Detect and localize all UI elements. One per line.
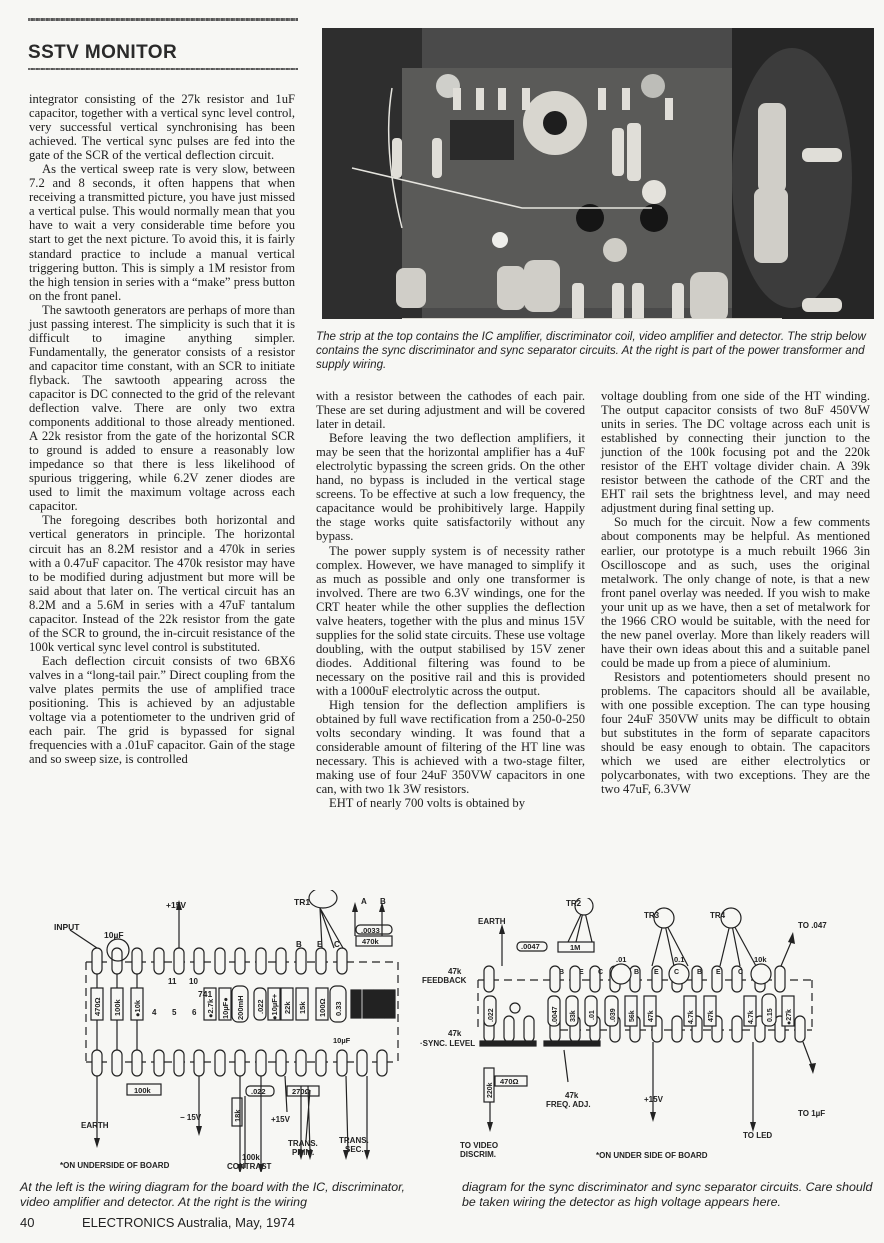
paragraph: The sawtooth generators are perhaps of m…: [29, 303, 295, 514]
label-v47k-b: 47k: [708, 1010, 715, 1022]
label-sync-value: 47k: [448, 1029, 462, 1038]
label-v27k: ●27k: [786, 1009, 793, 1025]
photo-image-icon: [322, 28, 874, 319]
label-plus15-top: +15V: [166, 900, 186, 910]
label-v56k: 56k: [629, 1010, 636, 1022]
circuit-board-photo: [322, 28, 874, 319]
article-column-2: with a resistor between the cathodes of …: [316, 389, 585, 810]
label-b1: B: [559, 969, 564, 976]
label-pin6: 6: [192, 1008, 197, 1017]
label-v4k7-b: 4.7k: [748, 1010, 755, 1024]
label-feedback-value: 47k: [448, 967, 462, 976]
label-pin10: 10: [189, 977, 198, 986]
label-c0-1: 0.1: [674, 955, 684, 964]
label-trans-prim-1: TRANS.: [288, 1139, 318, 1148]
label-r100: 100Ω: [318, 998, 327, 1017]
wiring-diagram-left: INPUT 10µF +15V TR1 A B B E C .0033 470k…: [30, 890, 430, 1172]
label-c10uf-c: 10µF: [333, 1036, 351, 1045]
wiring-diagram-right: EARTH TR2 TR3 TR4 TO .047 .0047 1M .01 0…: [420, 898, 884, 1168]
label-r22k: 22k: [283, 1001, 292, 1014]
label-b: B: [380, 897, 386, 906]
label-pin11: 11: [168, 977, 177, 986]
label-freq-value: 47k: [565, 1091, 579, 1100]
label-v0047: .0047: [552, 1006, 559, 1024]
label-trans-sec-2: SEC.: [345, 1145, 364, 1154]
paragraph: The power supply system is of necessity …: [316, 544, 585, 699]
label-b3: B: [697, 969, 702, 976]
header-rule-top: [28, 18, 298, 21]
label-c022-b: .022: [251, 1087, 266, 1096]
paragraph: EHT of nearly 700 volts is obtained by: [316, 796, 585, 810]
label-contrast: CONTRAST: [227, 1162, 272, 1171]
wiring-diagram-right-graphic: EARTH TR2 TR3 TR4 TO .047 .0047 1M .01 0…: [420, 898, 884, 1168]
label-minus15: − 15V: [180, 1113, 202, 1122]
label-e1: E: [579, 969, 584, 976]
article-column-1: integrator consisting of the 27k resisto…: [29, 92, 295, 766]
label-c3: C: [738, 969, 743, 976]
label-c10uf-b: ●10µF+: [270, 993, 279, 1020]
label-r470k: 470k: [362, 937, 380, 946]
label-r470: 470Ω: [93, 997, 102, 1016]
header-rule-bottom: [28, 68, 298, 70]
label-a: A: [361, 897, 367, 906]
label-c033: 0.33: [334, 1001, 343, 1016]
label-v47k-a: 47k: [648, 1010, 655, 1022]
label-underside-note: *ON UNDERSIDE OF BOARD: [60, 1161, 170, 1170]
diagram-caption-right: diagram for the sync discriminator and s…: [462, 1180, 876, 1210]
paragraph: High tension for the deflection amplifie…: [316, 698, 585, 796]
label-pin-c: C: [334, 940, 340, 949]
label-r10k: 10k: [754, 955, 767, 964]
label-c0047: .0047: [521, 942, 540, 951]
paragraph: voltage doubling from one side of the HT…: [601, 389, 870, 515]
label-tr2: TR2: [566, 899, 582, 908]
label-r15k: 15k: [298, 1001, 307, 1014]
label-c1: C: [598, 969, 603, 976]
label-sync-level: ·SYNC. LEVEL: [420, 1039, 475, 1048]
label-pin5: 5: [172, 1008, 177, 1017]
label-r1m: 1M: [570, 943, 580, 952]
label-feedback: FEEDBACK: [422, 976, 467, 985]
label-l200mh: 200mH: [236, 995, 245, 1020]
label-to-047: TO .047: [798, 921, 827, 930]
label-freq-adj: FREQ. ADJ.: [546, 1100, 591, 1109]
label-plus15: +15V: [644, 1095, 664, 1104]
label-v022: .022: [488, 1008, 495, 1022]
label-r18k: 18k: [233, 1109, 242, 1122]
label-to-1uf: TO 1µF: [798, 1109, 825, 1118]
paragraph: Each deflection circuit consists of two …: [29, 654, 295, 766]
article-column-3: voltage doubling from one side of the HT…: [601, 389, 870, 796]
label-c10uf-a: 10µF●: [221, 997, 230, 1019]
label-plus15: +15V: [271, 1115, 291, 1124]
paragraph: with a resistor between the cathodes of …: [316, 389, 585, 431]
label-r220k: 220k: [487, 1082, 494, 1098]
label-r100k-b: 100k: [134, 1086, 152, 1095]
label-discrim: DISCRIM.: [460, 1150, 496, 1159]
label-pin-e: E: [317, 940, 323, 949]
label-earth: EARTH: [81, 1121, 109, 1130]
label-tr4: TR4: [710, 911, 726, 920]
paragraph: Before leaving the two deflection amplif…: [316, 431, 585, 543]
label-contrast-value: 100k: [242, 1153, 260, 1162]
diagram-caption-left: At the left is the wiring diagram for th…: [20, 1180, 434, 1210]
label-r100k: 100k: [113, 998, 122, 1016]
label-v4k7-a: 4.7k: [688, 1010, 695, 1024]
photo-caption: The strip at the top contains the IC amp…: [316, 330, 872, 372]
label-b2: B: [634, 969, 639, 976]
label-c022: .022: [256, 999, 265, 1014]
label-input: INPUT: [54, 922, 80, 932]
label-earth: EARTH: [478, 917, 506, 926]
page-title: SSTV MONITOR: [28, 42, 177, 64]
publication-footer: ELECTRONICS Australia, May, 1974: [82, 1215, 295, 1230]
paragraph: integrator consisting of the 27k resisto…: [29, 92, 295, 162]
label-v039: .039: [610, 1008, 617, 1022]
label-r270: 270Ω: [292, 1087, 311, 1096]
label-r470: 470Ω: [500, 1077, 519, 1086]
label-10uf: 10µF: [104, 930, 124, 940]
label-to-video: TO VIDEO: [460, 1141, 498, 1150]
wiring-diagram-left-graphic: INPUT 10µF +15V TR1 A B B E C .0033 470k…: [30, 890, 430, 1172]
label-c2: C: [674, 969, 679, 976]
label-e3: E: [716, 969, 721, 976]
label-pin4: 4: [152, 1008, 157, 1017]
label-ic-741: 741: [198, 989, 212, 999]
label-trans-prim-2: PRIM.: [292, 1148, 314, 1157]
label-to-led: TO LED: [743, 1131, 772, 1140]
label-tr3: TR3: [644, 911, 660, 920]
paragraph: So much for the circuit. Now a few comme…: [601, 515, 870, 670]
label-tr1: TR1: [294, 897, 310, 907]
label-c0033: .0033: [361, 926, 380, 935]
label-pin-b: B: [296, 940, 302, 949]
paragraph: The foregoing describes both horizontal …: [29, 513, 295, 653]
label-e2: E: [654, 969, 659, 976]
paragraph: Resistors and potentiometers should pres…: [601, 670, 870, 796]
label-v01: .01: [589, 1010, 596, 1020]
paragraph: As the vertical sweep rate is very slow,…: [29, 162, 295, 302]
label-trans-sec-1: TRANS.: [339, 1136, 369, 1145]
label-underside-note: *ON UNDER SIDE OF BOARD: [596, 1151, 708, 1160]
label-r10k: ●10k: [133, 999, 142, 1017]
label-v015: 0.15: [767, 1008, 774, 1022]
label-r2k7: ●2.7k: [206, 998, 215, 1018]
page-number: 40: [20, 1215, 34, 1230]
label-c01: .01: [616, 955, 626, 964]
label-v33k: 33k: [570, 1010, 577, 1022]
